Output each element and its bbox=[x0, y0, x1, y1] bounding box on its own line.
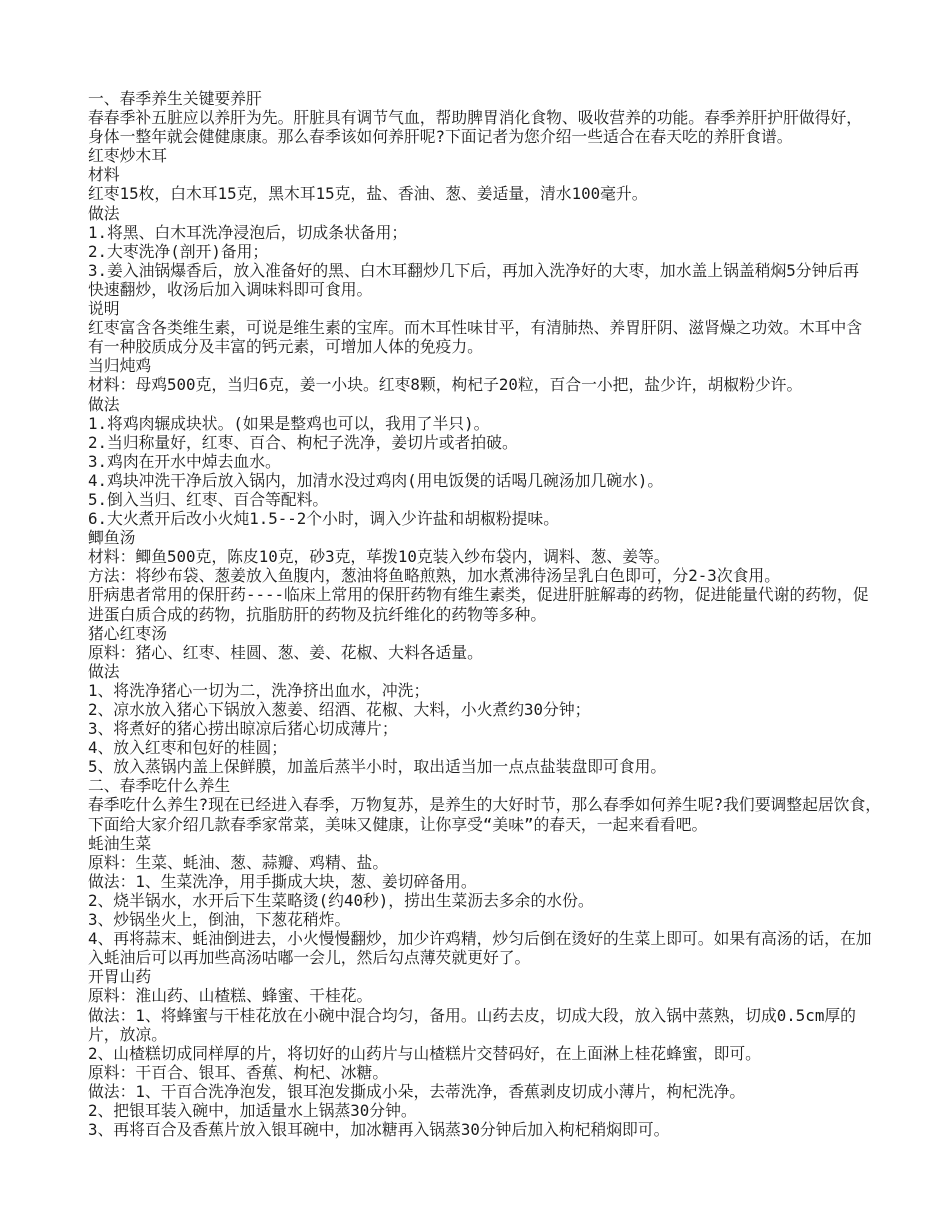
text-line: 鲫鱼汤 bbox=[88, 528, 888, 547]
text-line: 2、山楂糕切成同样厚的片，将切好的山药片与山楂糕片交替码好，在上面淋上桂花蜂蜜，… bbox=[88, 1044, 888, 1063]
text-line: 春春季补五脏应以养肝为先。肝脏具有调节气血，帮助脾胃消化食物、吸收营养的功能。春… bbox=[88, 108, 888, 127]
text-line: 做法：1、生菜洗净，用手撕成大块，葱、姜切碎备用。 bbox=[88, 872, 888, 891]
text-line: 做法：1、将蜂蜜与干桂花放在小碗中混合均匀，备用。山药去皮，切成大段，放入锅中蒸… bbox=[88, 1006, 888, 1025]
text-line: 做法 bbox=[88, 204, 888, 223]
text-line: 蚝油生菜 bbox=[88, 834, 888, 853]
text-line: 一、春季养生关键要养肝 bbox=[88, 89, 888, 108]
text-line: 3.姜入油锅爆香后，放入准备好的黑、白木耳翻炒几下后，再加入洗净好的大枣，加水盖… bbox=[88, 261, 888, 280]
text-line: 快速翻炒，收汤后加入调味料即可食用。 bbox=[88, 280, 888, 299]
text-line: 2、烧半锅水，水开后下生菜略烫(约40秒)，捞出生菜沥去多余的水份。 bbox=[88, 891, 888, 910]
text-line: 原料：猪心、红枣、桂圆、葱、姜、花椒、大料各适量。 bbox=[88, 643, 888, 662]
text-line: 进蛋白质合成的药物，抗脂肪肝的药物及抗纤维化的药物等多种。 bbox=[88, 605, 888, 624]
text-line: 红枣炒木耳 bbox=[88, 146, 888, 165]
text-line: 4、放入红枣和包好的桂圆； bbox=[88, 738, 888, 757]
text-line: 1.将鸡肉辗成块状。(如果是整鸡也可以，我用了半只)。 bbox=[88, 414, 888, 433]
text-line: 猪心红枣汤 bbox=[88, 624, 888, 643]
text-line: 二、春季吃什么养生 bbox=[88, 776, 888, 795]
text-line: 下面给大家介绍几款春季家常菜，美味又健康，让你享受“美味”的春天，一起来看看吧。 bbox=[88, 815, 888, 834]
text-line: 原料：生菜、蚝油、葱、蒜瓣、鸡精、盐。 bbox=[88, 853, 888, 872]
text-line: 2、把银耳装入碗中，加适量水上锅蒸30分钟。 bbox=[88, 1101, 888, 1120]
text-line: 当归炖鸡 bbox=[88, 356, 888, 375]
text-line: 入蚝油后可以再加些高汤咕嘟一会儿，然后勾点薄芡就更好了。 bbox=[88, 948, 888, 967]
text-line: 1.将黑、白木耳洗净浸泡后，切成条状备用； bbox=[88, 223, 888, 242]
text-line: 有一种胶质成分及丰富的钙元素，可增加人体的免疫力。 bbox=[88, 337, 888, 356]
text-line: 做法 bbox=[88, 395, 888, 414]
text-block: 一、春季养生关键要养肝春春季补五脏应以养肝为先。肝脏具有调节气血，帮助脾胃消化食… bbox=[88, 89, 888, 1139]
text-line: 5、放入蒸锅内盖上保鲜膜，加盖后蒸半小时，取出适当加一点点盐装盘即可食用。 bbox=[88, 757, 888, 776]
text-line: 开胃山药 bbox=[88, 967, 888, 986]
text-line: 2、凉水放入猪心下锅放入葱姜、绍酒、花椒、大料，小火煮约30分钟； bbox=[88, 700, 888, 719]
text-line: 说明 bbox=[88, 299, 888, 318]
text-line: 做法 bbox=[88, 662, 888, 681]
text-line: 肝病患者常用的保肝药----临床上常用的保肝药物有维生素类，促进肝脏解毒的药物，… bbox=[88, 585, 888, 604]
text-line: 3、炒锅坐火上，倒油，下葱花稍炸。 bbox=[88, 910, 888, 929]
text-line: 方法：将纱布袋、葱姜放入鱼腹内，葱油将鱼略煎熟，加水煮沸待汤呈乳白色即可，分2-… bbox=[88, 566, 888, 585]
text-line: 材料 bbox=[88, 165, 888, 184]
text-line: 原料：干百合、银耳、香蕉、枸杞、冰糖。 bbox=[88, 1063, 888, 1082]
text-line: 3、将煮好的猪心捞出晾凉后猪心切成薄片； bbox=[88, 719, 888, 738]
text-line: 原料：淮山药、山楂糕、蜂蜜、干桂花。 bbox=[88, 986, 888, 1005]
text-line: 2.大枣洗净(剖开)备用； bbox=[88, 242, 888, 261]
text-line: 4.鸡块冲洗干净后放入锅内，加清水没过鸡肉(用电饭煲的话喝几碗汤加几碗水)。 bbox=[88, 471, 888, 490]
text-line: 2.当归称量好，红枣、百合、枸杞子洗净，姜切片或者拍破。 bbox=[88, 433, 888, 452]
document-page: 一、春季养生关键要养肝春春季补五脏应以养肝为先。肝脏具有调节气血，帮助脾胃消化食… bbox=[0, 0, 950, 1230]
text-line: 5.倒入当归、红枣、百合等配料。 bbox=[88, 490, 888, 509]
text-line: 3、再将百合及香蕉片放入银耳碗中，加冰糖再入锅蒸30分钟后加入枸杞稍焖即可。 bbox=[88, 1120, 888, 1139]
text-line: 红枣富含各类维生素，可说是维生素的宝库。而木耳性味甘平，有清肺热、养胃肝阴、滋肾… bbox=[88, 318, 888, 337]
text-line: 身体一整年就会健健康康。那么春季该如何养肝呢?下面记者为您介绍一些适合在春天吃的… bbox=[88, 127, 888, 146]
text-line: 3.鸡肉在开水中焯去血水。 bbox=[88, 452, 888, 471]
text-line: 片，放凉。 bbox=[88, 1025, 888, 1044]
text-line: 红枣15枚，白木耳15克，黑木耳15克，盐、香油、葱、姜适量，清水100毫升。 bbox=[88, 184, 888, 203]
text-line: 6.大火煮开后改小火炖1.5--2个小时，调入少许盐和胡椒粉提味。 bbox=[88, 509, 888, 528]
text-line: 4、再将蒜末、蚝油倒进去，小火慢慢翻炒，加少许鸡精，炒匀后倒在烫好的生菜上即可。… bbox=[88, 929, 888, 948]
text-line: 材料：母鸡500克，当归6克，姜一小块。红枣8颗，枸杞子20粒，百合一小把，盐少… bbox=[88, 375, 888, 394]
text-line: 材料：鲫鱼500克，陈皮10克，砂3克，荜拨10克装入纱布袋内，调料、葱、姜等。 bbox=[88, 547, 888, 566]
text-line: 做法：1、干百合洗净泡发，银耳泡发撕成小朵，去蒂洗净，香蕉剥皮切成小薄片，枸杞洗… bbox=[88, 1082, 888, 1101]
text-line: 春季吃什么养生?现在已经进入春季，万物复苏，是养生的大好时节，那么春季如何养生呢… bbox=[88, 795, 888, 814]
text-line: 1、将洗净猪心一切为二，洗净挤出血水，冲洗； bbox=[88, 681, 888, 700]
